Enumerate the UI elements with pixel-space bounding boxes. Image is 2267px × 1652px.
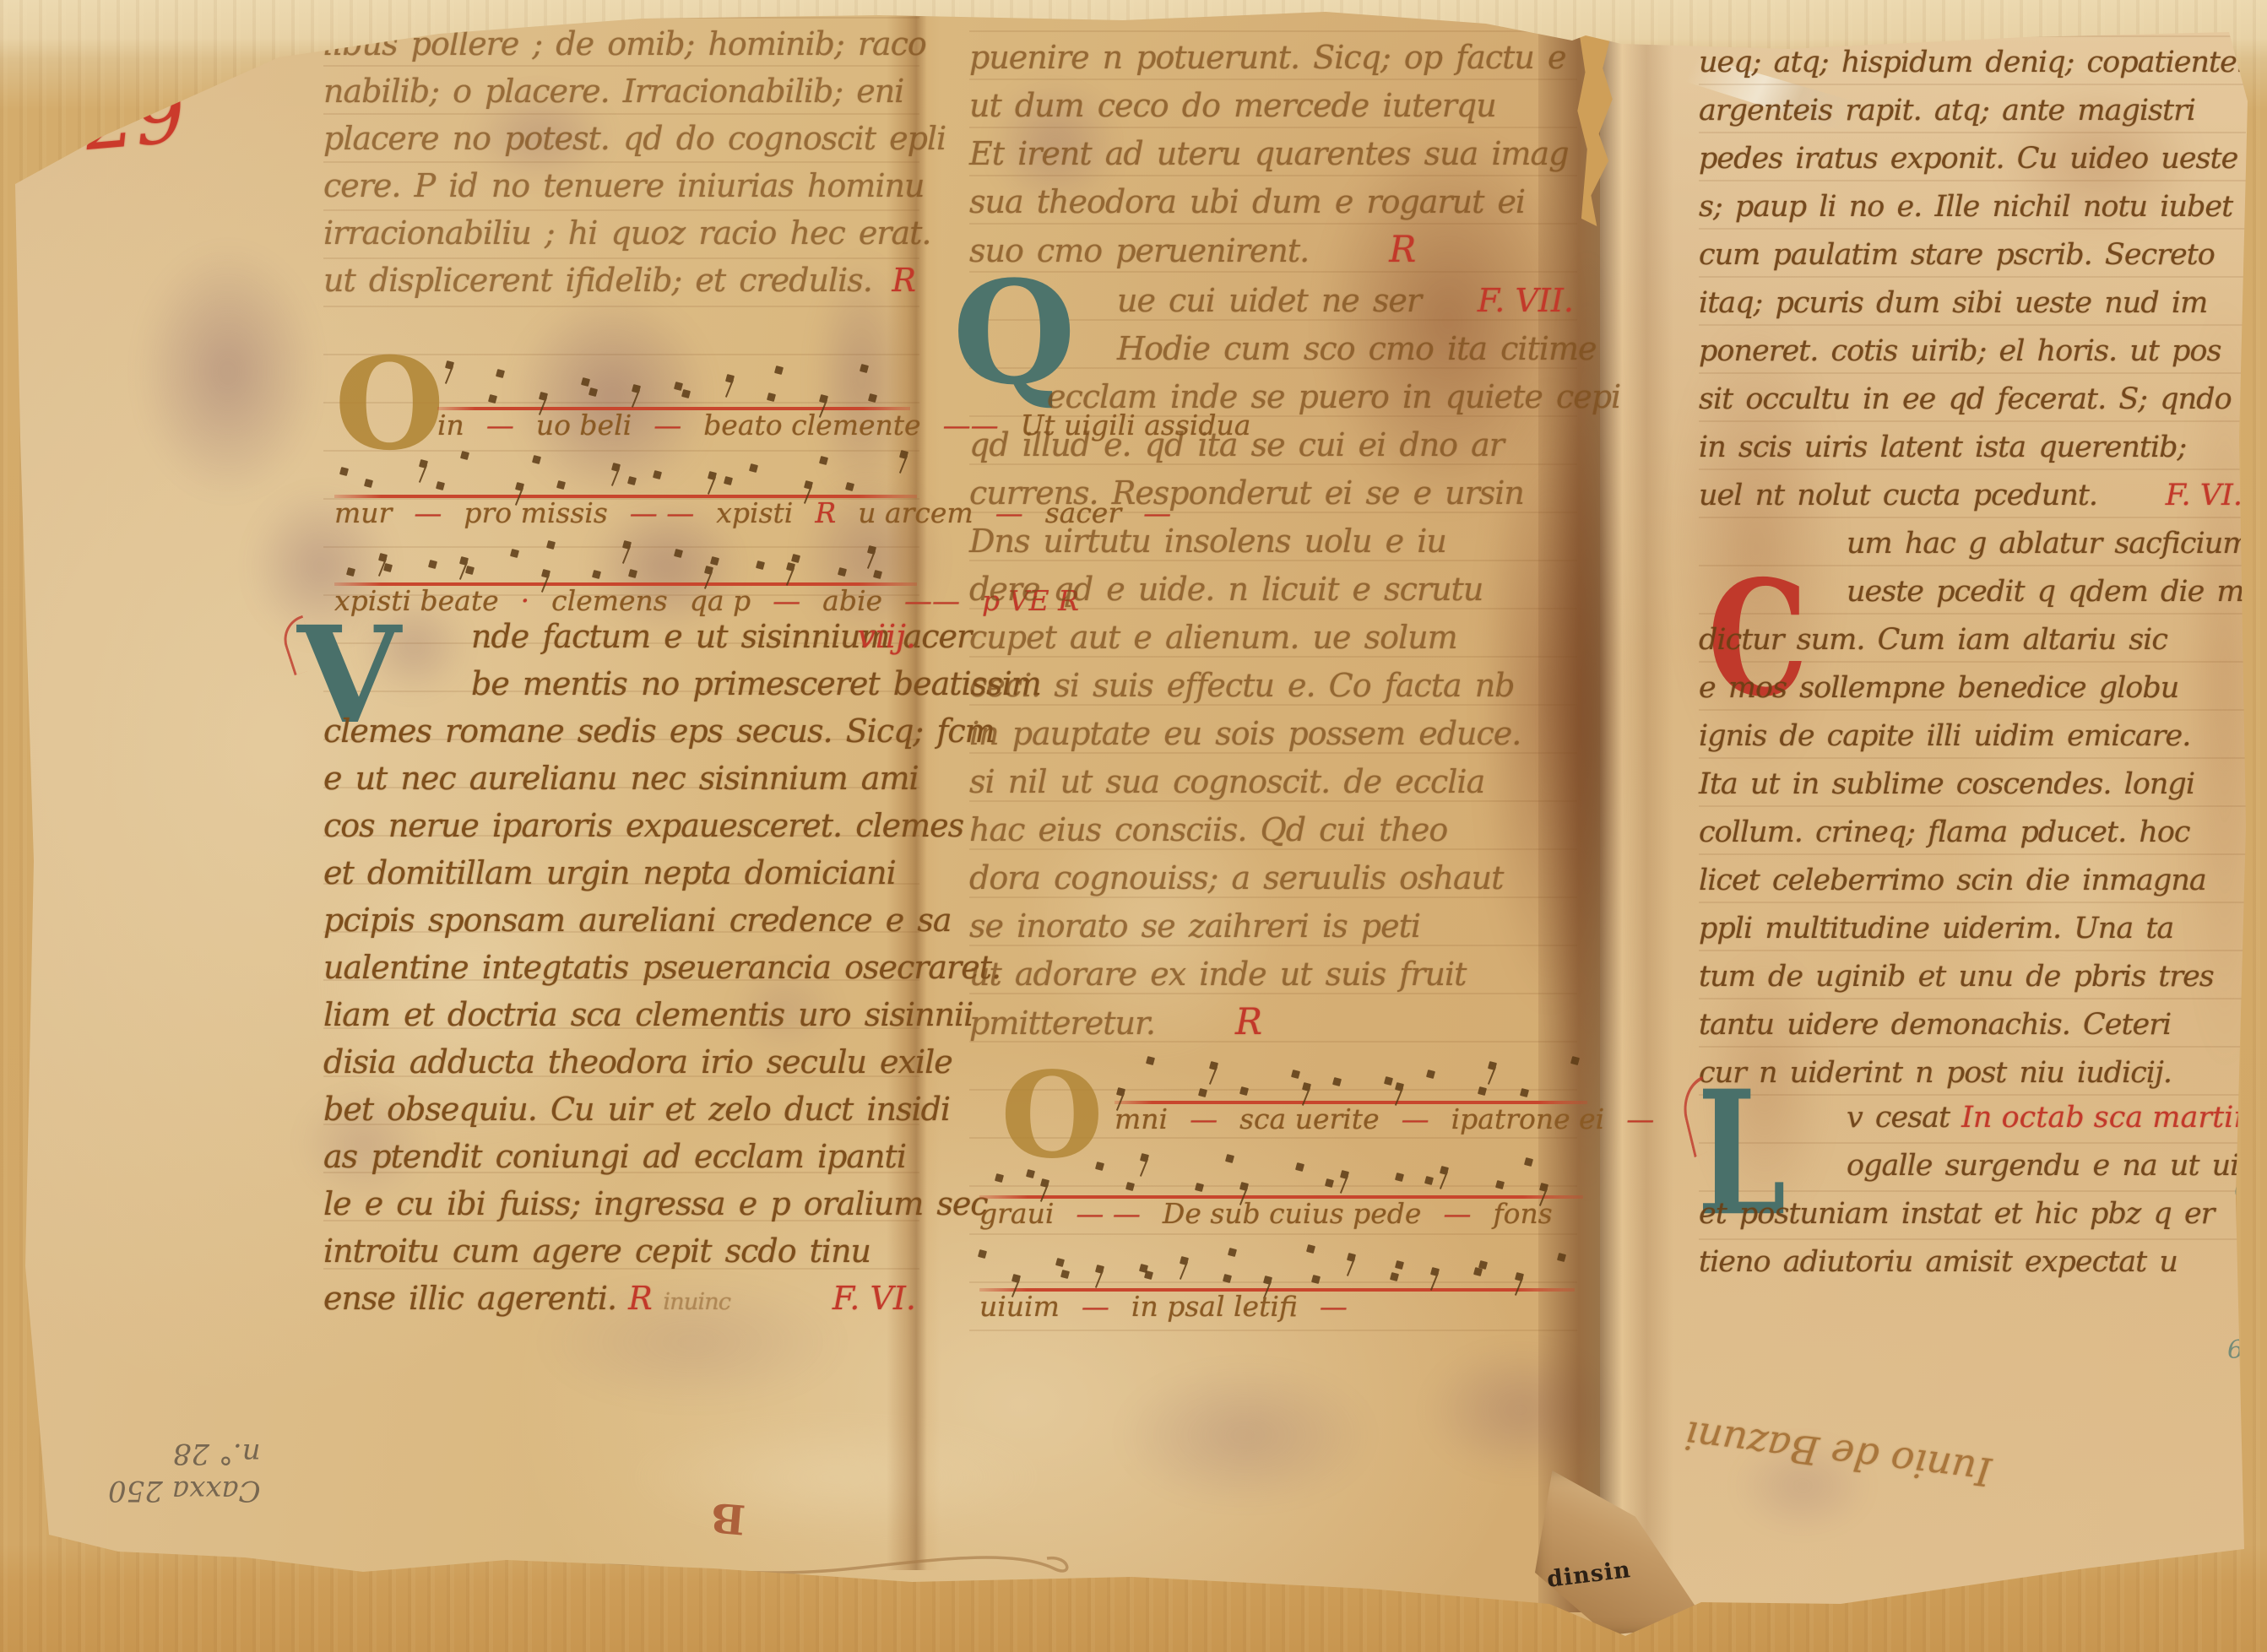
manuscript-text-line: ogalle surgendu e na ut uide bbox=[1699, 1142, 2246, 1190]
neume-mark bbox=[867, 545, 876, 555]
manuscript-text-line: ueste pcedit q qdem die mira bbox=[1699, 568, 2246, 616]
rubric-mark: — bbox=[486, 409, 514, 441]
neume-mark bbox=[581, 377, 590, 387]
manuscript-text-line: clemes romane sedis eps secus. Sicq; fcm bbox=[323, 707, 919, 755]
rubric-mark: R bbox=[628, 1280, 653, 1317]
lyric-word: mur bbox=[334, 496, 392, 529]
neume-mark bbox=[1146, 1056, 1155, 1065]
rubric-mark: — bbox=[1402, 1102, 1429, 1135]
manuscript-text-line: le e cu ibi fuiss; ingressa e p oralium … bbox=[323, 1180, 919, 1227]
manuscript-text-line: ceci. si suis effectu e. Co facta nb bbox=[969, 662, 1577, 710]
neume-mark bbox=[674, 549, 683, 558]
manuscript-text-line: hac eius consciis. Qd cui theo bbox=[969, 806, 1577, 854]
col2-chant-block: mni—sca uerite—ipatrone ei— graui— —De s… bbox=[971, 1048, 1587, 1330]
lyric-word: fons bbox=[1493, 1197, 1552, 1230]
manuscript-text-line: v cesatIn octab sca martini. bbox=[1699, 1094, 2246, 1142]
neume-mark bbox=[1520, 1088, 1529, 1097]
manuscript-text-line: irracionabiliu ; hi quoz racio hec erat. bbox=[323, 209, 919, 257]
lyric-word: De sub cuius pede bbox=[1163, 1197, 1422, 1230]
manuscript-text-line: pcipis sponsam aureliani credence e sa bbox=[323, 896, 919, 944]
manuscript-text-line: tum de uginib et unu de pbris tres bbox=[1699, 953, 2246, 1001]
neume-mark bbox=[774, 366, 784, 375]
neume-mark bbox=[1239, 1086, 1249, 1096]
neume-mark bbox=[496, 369, 505, 378]
folio-number: 29 bbox=[80, 68, 189, 169]
manuscript-text-line: dictur sum. Cum iam altariu sic bbox=[1699, 616, 2246, 664]
manuscript-text-line: ut displicerent ifidelib; et credulis.R bbox=[323, 257, 919, 304]
rubric-mark: viij. bbox=[857, 613, 916, 660]
manuscript-text-line: dora cognouiss; a seruulis oshaut bbox=[969, 854, 1577, 902]
rubric-mark: In octab sca martini. bbox=[1961, 1101, 2267, 1135]
inverted-shelfmark-note: Caxxa 250 n.° 28 bbox=[108, 1435, 261, 1509]
manuscript-text-line: ut dum ceco do mercede iuterqu bbox=[969, 82, 1577, 130]
neume-mark bbox=[1539, 1183, 1548, 1192]
manuscript-text-line: itaq; pcuris dum sibi ueste nud im bbox=[1699, 279, 2246, 328]
manuscript-text-line: licet celeberrimo scin die inmagna bbox=[1699, 857, 2246, 905]
chant-lyric-line: graui— —De sub cuius pede—fons bbox=[979, 1197, 1575, 1231]
col3-paragraph1: ueq; atq; hispidum deniq; copatientemarg… bbox=[1699, 39, 2246, 520]
neume-mark bbox=[1263, 1276, 1272, 1285]
col2-paragraph1: puenire n potuerunt. Sicq; op factu eut … bbox=[969, 34, 1577, 274]
manuscript-text-line: ue cui uidet ne serF. VII. bbox=[969, 277, 1577, 325]
neume-mark bbox=[1060, 1270, 1070, 1279]
col3-paragraph2: um hac g ablatur sacficium doueste pcedi… bbox=[1699, 520, 2246, 1097]
neume-mark bbox=[1291, 1070, 1300, 1079]
neume-mark bbox=[378, 553, 388, 562]
manuscript-text-line: ecclam inde se puero in quiete cepi bbox=[969, 373, 1577, 421]
neume-mark bbox=[460, 451, 469, 460]
neume-mark bbox=[1040, 1178, 1049, 1188]
manuscript-text-line: ppli multitudine uiderim. Una ta bbox=[1699, 905, 2246, 953]
shelfmark-line: Caxxa 250 bbox=[108, 1472, 261, 1509]
neume-mark bbox=[346, 567, 355, 577]
neume-mark bbox=[868, 393, 877, 403]
neume-mark bbox=[1395, 1082, 1404, 1091]
neume-mark bbox=[428, 560, 437, 569]
margin-quire-mark: 6 bbox=[2227, 1335, 2243, 1365]
parchment-stain bbox=[1064, 1334, 1427, 1536]
rubric-mark: — bbox=[414, 496, 442, 529]
lyric-word: uiuim bbox=[979, 1290, 1060, 1323]
neume-mark bbox=[1116, 1087, 1125, 1097]
neume-mark bbox=[628, 569, 637, 578]
col1-chant-block: in—uo beli—beato clemente——Ut uigili ass… bbox=[328, 355, 919, 618]
neume-mark bbox=[1228, 1248, 1237, 1257]
rubric-mark: — bbox=[654, 409, 681, 441]
neume-mark bbox=[653, 470, 662, 479]
neume-mark bbox=[978, 1249, 987, 1259]
manuscript-text-line: si nil ut sua cognoscit. de ecclia bbox=[969, 758, 1577, 806]
chant-lyric-line: uiuim—in psal letifi— bbox=[979, 1290, 1369, 1324]
neume-mark bbox=[1295, 1162, 1304, 1172]
manuscript-text-line: Ita ut in sublime coscendes. longi bbox=[1699, 761, 2246, 809]
chant-stave: in—uo beli—beato clemente——Ut uigili ass… bbox=[437, 355, 910, 442]
rubric-mark: — bbox=[1626, 1102, 1654, 1135]
rubric-mark: — — bbox=[1076, 1197, 1141, 1230]
col1-paragraph2: nde factum e ut sisinnium acerviij.be me… bbox=[323, 613, 919, 1322]
manuscript-text-line: argenteis rapit. atq; ante magistri bbox=[1699, 87, 2246, 135]
manuscript-text-line: e mos sollempne benedice globu bbox=[1699, 664, 2246, 712]
neume-mark bbox=[860, 364, 869, 373]
manuscript-text-line: um hac g ablatur sacficium do bbox=[1699, 520, 2246, 568]
photo-canvas: 29 libus pollere ; de omib; hominib; rac… bbox=[0, 0, 2267, 1652]
lyric-word: pro missis bbox=[464, 496, 607, 529]
manuscript-text-line: introitu cum agere cepit scdo tinu bbox=[323, 1227, 919, 1275]
col2-paragraph2: ue cui uidet ne serF. VII.Hodie cum sco … bbox=[969, 277, 1577, 1047]
neume-mark bbox=[339, 467, 349, 476]
neume-mark bbox=[1140, 1153, 1149, 1162]
neume-mark bbox=[1195, 1183, 1204, 1192]
neume-mark bbox=[1209, 1061, 1218, 1070]
neume-mark bbox=[364, 479, 373, 488]
manuscript-text-line: uel nt nolut cucta pcedunt.F. VI. bbox=[1699, 472, 2246, 520]
neume-mark bbox=[1306, 1244, 1315, 1254]
neume-mark bbox=[1495, 1180, 1505, 1189]
manuscript-text-line: se inorato se zaihreri is peti bbox=[969, 902, 1577, 951]
neume-mark bbox=[724, 476, 733, 485]
rubric-mark: F. VI. bbox=[2166, 472, 2243, 520]
manuscript-text-line: s; paup li no e. Ille nichil notu iubet bbox=[1699, 183, 2246, 231]
lyric-word: in bbox=[437, 409, 464, 441]
neume-mark bbox=[532, 455, 541, 464]
neume-mark bbox=[1570, 1056, 1580, 1065]
manuscript-text-line: placere no potest. qd do cognoscit epli bbox=[323, 115, 919, 162]
manuscript-text-line: et domitillam urgin nepta domiciani bbox=[323, 849, 919, 896]
neume-mark bbox=[710, 556, 719, 566]
lyric-word: in psal letifi bbox=[1131, 1290, 1298, 1323]
neume-mark bbox=[622, 540, 632, 550]
neume-mark bbox=[1395, 1260, 1404, 1270]
rubric-mark: R bbox=[815, 496, 836, 529]
manuscript-text-line: Et irent ad uteru quarentes sua imag bbox=[969, 130, 1577, 178]
lyric-word: beato clemente bbox=[703, 409, 920, 441]
neume-mark bbox=[804, 480, 813, 490]
manuscript-text-line: nde factum e ut sisinnium acerviij. bbox=[323, 613, 919, 660]
neume-mark bbox=[510, 549, 519, 558]
neume-mark bbox=[819, 456, 828, 465]
neume-mark bbox=[1144, 1270, 1153, 1280]
lyric-word: sca uerite bbox=[1239, 1102, 1379, 1135]
manuscript-text-line: as ptendit coniungi ad ecclam ipanti bbox=[323, 1133, 919, 1180]
neume-mark bbox=[383, 563, 393, 572]
neume-mark bbox=[725, 374, 735, 383]
rubric-mark: — bbox=[1082, 1290, 1109, 1323]
neume-mark bbox=[592, 570, 601, 579]
manuscript-text-line: cere. P id no tenuere iniurias hominu bbox=[323, 162, 919, 209]
neume-mark bbox=[708, 471, 717, 480]
neume-mark bbox=[1332, 1077, 1342, 1086]
manuscript-text-line: dere qd e uide. n licuit e scrutu bbox=[969, 566, 1577, 614]
neume-mark bbox=[1424, 1176, 1434, 1185]
manuscript-text-line: ut adorare ex inde ut suis fruit bbox=[969, 951, 1577, 999]
neume-mark bbox=[632, 384, 641, 393]
neume-mark bbox=[1488, 1061, 1497, 1070]
neume-mark bbox=[995, 1173, 1004, 1183]
neume-mark bbox=[1347, 1253, 1356, 1262]
manuscript-text-line: ense illic agerenti.R inuincF. VI. bbox=[323, 1275, 919, 1322]
neume-mark bbox=[1524, 1157, 1533, 1167]
rubric-mark: — bbox=[1190, 1102, 1218, 1135]
manuscript-text-line: pedes iratus exponit. Cu uideo ueste bbox=[1699, 135, 2246, 183]
chant-stave: xpisti beate·clemensqa p—abie——p VE R bbox=[334, 530, 917, 618]
neume-mark bbox=[1055, 1258, 1065, 1267]
manuscript-text-line: sua theodora ubi dum e rogarut ei bbox=[969, 178, 1577, 226]
neume-mark bbox=[845, 482, 854, 491]
neume-mark bbox=[1340, 1169, 1349, 1178]
neume-mark bbox=[681, 389, 691, 398]
neume-mark bbox=[1225, 1154, 1234, 1163]
manuscript-text-line: ualentine integtatis pseuerancia osecrar… bbox=[323, 944, 919, 991]
neume-mark bbox=[1198, 1088, 1207, 1097]
neume-mark bbox=[1311, 1275, 1321, 1284]
lyric-word: uo beli bbox=[536, 409, 632, 441]
manuscript-text-line: et postuniam instat et hic pbz q er bbox=[1699, 1190, 2246, 1238]
manuscript-text-line: pmitteretur.R bbox=[969, 999, 1577, 1047]
neume-mark bbox=[1478, 1086, 1487, 1096]
neume-mark bbox=[818, 394, 827, 404]
neume-mark bbox=[756, 561, 765, 570]
neume-mark bbox=[838, 567, 847, 577]
chant-stave: uiuim—in psal letifi— bbox=[979, 1236, 1575, 1324]
shelfmark-line: n.° 28 bbox=[108, 1435, 261, 1472]
neume-mark bbox=[459, 556, 469, 566]
neume-mark bbox=[488, 394, 497, 404]
manuscript-text-line: tantu uidere demonachis. Ceteri bbox=[1699, 1001, 2246, 1049]
parchment-stain bbox=[101, 194, 355, 549]
neume-mark bbox=[767, 393, 776, 402]
neume-mark bbox=[1239, 1182, 1249, 1191]
chant-stave: graui— —De sub cuius pede—fons bbox=[979, 1143, 1583, 1231]
margin-quire-mark: 6 bbox=[2234, 1175, 2250, 1205]
neume-mark bbox=[1395, 1173, 1404, 1182]
neume-mark bbox=[1440, 1166, 1449, 1175]
manuscript-text-line: currens. Responderut ei se e ursin bbox=[969, 469, 1577, 517]
lyric-word: u arcem bbox=[858, 496, 974, 529]
neume-mark bbox=[1515, 1272, 1524, 1281]
manuscript-text-line: tieno adiutoriu amisit expectat u bbox=[1699, 1238, 2246, 1286]
manuscript-text-line: libus pollere ; de omib; hominib; raco bbox=[323, 20, 919, 68]
lyric-word: xpisti bbox=[716, 496, 793, 529]
neume-mark bbox=[899, 450, 908, 459]
manuscript-text-line: ueq; atq; hispidum deniq; copatientem bbox=[1699, 39, 2246, 87]
neume-mark bbox=[674, 382, 683, 391]
lyric-word: mni bbox=[1115, 1102, 1168, 1135]
manuscript-text-line: qd illud e. qd ita se cui ei dno ar bbox=[969, 421, 1577, 469]
manuscript-text-line: Dns uirtutu insolens uolu e iu bbox=[969, 517, 1577, 566]
rubric-mark: — bbox=[1443, 1197, 1471, 1230]
neume-mark bbox=[704, 566, 713, 575]
neume-mark bbox=[541, 569, 550, 578]
manuscript-text-line: sit occultu in ee qd fecerat. S; qndo bbox=[1699, 376, 2246, 424]
lyric-word: graui bbox=[979, 1197, 1054, 1230]
chant-stave: mni—sca uerite—ipatrone ei— bbox=[1115, 1048, 1587, 1136]
rubric-mark: — — bbox=[630, 496, 695, 529]
manuscript-text-line: in scis uiris latent ista querentib; bbox=[1699, 424, 2246, 472]
neume-mark bbox=[786, 562, 795, 571]
manuscript-text-line: e ut nec aurelianu nec sisinnium ami bbox=[323, 755, 919, 802]
manuscript-text-line: bet obsequiu. Cu uir et zelo duct insidi bbox=[323, 1086, 919, 1133]
neume-mark bbox=[1011, 1273, 1021, 1282]
manuscript-text-line: cupet aut e alienum. ue solum bbox=[969, 614, 1577, 662]
neume-mark bbox=[1430, 1267, 1440, 1276]
manuscript-text-line: be mentis no primesceret beatissim bbox=[323, 660, 919, 707]
neume-mark bbox=[546, 540, 556, 550]
manuscript-text-line: cos nerue iparoris expauesceret. clemes bbox=[323, 802, 919, 849]
rubric-mark: R bbox=[1235, 1001, 1262, 1043]
manuscript-text-line: puenire n potuerunt. Sicq; op factu e bbox=[969, 34, 1577, 82]
manuscript-text-line: disia adducta theodora irio seculu exile bbox=[323, 1038, 919, 1086]
neume-mark bbox=[1095, 1265, 1104, 1274]
neume-mark bbox=[1426, 1070, 1435, 1079]
manuscript-text-line: collum. crineq; flama pducet. hoc bbox=[1699, 809, 2246, 857]
manuscript-text-line: liam et doctria sca clementis uro sisinn… bbox=[323, 991, 919, 1038]
neume-mark bbox=[445, 360, 454, 370]
neume-mark bbox=[1302, 1082, 1311, 1091]
neume-mark bbox=[1557, 1253, 1566, 1262]
manuscript-text-line: poneret. cotis uirib; el horis. ut pos bbox=[1699, 328, 2246, 376]
manuscript-text-line: Hodie cum sco cmo ita citime bbox=[969, 325, 1577, 373]
neume-mark bbox=[1180, 1256, 1189, 1265]
neume-mark bbox=[556, 480, 566, 490]
neume-mark bbox=[1390, 1272, 1399, 1281]
manuscript-text-line: ignis de capite illi uidim emicare. bbox=[1699, 712, 2246, 761]
lyric-word: ipatrone ei bbox=[1451, 1102, 1605, 1135]
neume-mark bbox=[1125, 1182, 1135, 1191]
neume-mark bbox=[588, 387, 598, 397]
flap-text-fragment: dinsin bbox=[1545, 1557, 1632, 1593]
neume-mark bbox=[611, 463, 621, 472]
rubric-mark: F. VII. bbox=[1478, 277, 1574, 325]
neume-mark bbox=[515, 482, 524, 491]
neume-mark bbox=[539, 392, 548, 401]
manuscript-text-line: in pauptate eu sois possem educe. bbox=[969, 710, 1577, 758]
neume-mark bbox=[791, 554, 800, 563]
chant-stave: mur—pro missis— —xpistiRu arcem—sacer— bbox=[334, 442, 917, 530]
manuscript-text-line: nabilib; o placere. Irracionabilib; eni bbox=[323, 68, 919, 115]
rubric-mark: F. VI. bbox=[832, 1275, 916, 1322]
chant-lyric-line: mni—sca uerite—ipatrone ei— bbox=[1115, 1102, 1676, 1136]
ink-flourish bbox=[507, 1535, 1098, 1602]
neume-mark bbox=[627, 476, 637, 485]
manuscript-text-line: cum paulatim stare pscrib. Secreto bbox=[1699, 231, 2246, 279]
rubric-mark: R bbox=[1389, 229, 1416, 271]
neume-mark bbox=[436, 481, 445, 490]
col3-paragraph3: v cesatIn octab sca martini.ogalle surge… bbox=[1699, 1094, 2246, 1286]
neume-mark bbox=[1384, 1076, 1393, 1086]
parchment-bifolium: 29 libus pollere ; de omib; hominib; rac… bbox=[0, 0, 2267, 1652]
neume-mark bbox=[419, 459, 428, 469]
neume-mark bbox=[1325, 1178, 1334, 1187]
neume-mark bbox=[749, 463, 758, 473]
rubric-mark: R bbox=[892, 257, 916, 304]
neume-mark bbox=[464, 566, 474, 575]
col1-paragraph1: libus pollere ; de omib; hominib; racona… bbox=[323, 20, 919, 304]
neume-mark bbox=[1026, 1169, 1035, 1178]
neume-mark bbox=[873, 570, 882, 579]
neume-mark bbox=[1223, 1274, 1232, 1283]
rubric-mark: — bbox=[1320, 1290, 1348, 1323]
neume-mark bbox=[1095, 1162, 1104, 1171]
